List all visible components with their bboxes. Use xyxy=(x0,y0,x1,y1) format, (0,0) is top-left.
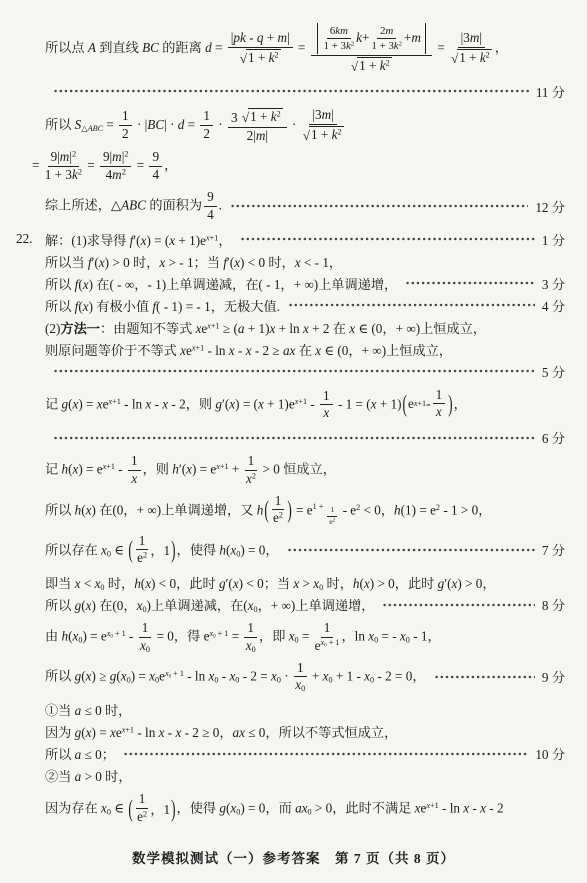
solution-line: (2)方法一：由题知不等式 xex+1 ≥ (a + 1)x + ln x + … xyxy=(45,318,565,337)
answer-page: { "page": { "footer": "数学模拟测试（一）参考答案 第 7… xyxy=(0,0,587,883)
dotted-leader xyxy=(434,672,535,682)
line-content: 所以 g(x) 在(0，x0)上单调递减，在(x0，+ ∞)上单调递增， xyxy=(45,595,374,614)
solution-line: 所以 f(x) 有极小值 f( - 1) = - 1，无极大值. 4 分 xyxy=(45,296,565,315)
solution-line: ②当 a > 0 时， xyxy=(45,766,565,785)
line-content: 记 g(x) = xex+1 - ln x - x - 2，则 g′(x) = … xyxy=(45,388,467,422)
score-marker: 6 分 xyxy=(542,428,565,447)
solution-line: 所以 S△ABC = 12 · |BC| · d = 12 · 3 1 + k2… xyxy=(45,108,565,143)
page-footer: 数学模拟测试（一）参考答案 第 7 页（共 8 页） xyxy=(0,839,587,883)
line-content: ①当 a ≤ 0 时， xyxy=(45,700,131,719)
line-content: 所以当 f′(x) > 0 时，x > - 1；当 f′(x) < 0 时，x … xyxy=(45,252,342,271)
line-content: ②当 a > 0 时， xyxy=(45,766,132,785)
score-marker: 9 分 xyxy=(542,667,565,686)
line-content: 所以存在 x0 ∈ (1e2，1)，使得 h(x0) = 0， xyxy=(45,534,279,567)
solution-line: 所以 g(x) ≥ g(x0) = x0ex0 + 1 - ln x0 - x0… xyxy=(45,661,565,694)
dotted-leader xyxy=(405,278,535,288)
dotted-leader xyxy=(53,433,535,443)
solution-line: 所以点 A 到直线 BC 的距离 d = |pk - q + m|1 + k2 … xyxy=(45,23,565,75)
line-content: 因为 g(x) = xex+1 - ln x - x - 2 ≥ 0，ax ≤ … xyxy=(45,722,397,741)
score-marker: 3 分 xyxy=(542,274,565,293)
line-content: 解：(1)求导得 f′(x) = (x + 1)ex+1， xyxy=(45,230,232,249)
score-marker: 8 分 xyxy=(542,595,565,614)
dotted-leader xyxy=(287,545,535,555)
line-content: 所以 f(x) 在( - ∞，- 1)上单调递减，在( - 1，+ ∞)上单调递… xyxy=(45,274,397,293)
solution-line: 综上所述，△ABC 的面积为94. 12 分 xyxy=(45,190,565,223)
line-content: 所以 h(x) 在(0，+ ∞)上单调递增，又 h(1e2) = e1 + 1e… xyxy=(45,494,491,527)
dotted-leader xyxy=(288,300,535,310)
line-content: 所以 f(x) 有极小值 f( - 1) = - 1，无极大值. xyxy=(45,296,280,315)
line-content: 所以 a ≤ 0； xyxy=(45,744,115,763)
solution-line: 所以 h(x) 在(0，+ ∞)上单调递增，又 h(1e2) = e1 + 1e… xyxy=(45,494,565,527)
document-body: 所以点 A 到直线 BC 的距离 d = |pk - q + m|1 + k2 … xyxy=(0,0,587,839)
solution-line: 记 g(x) = xex+1 - ln x - x - 2，则 g′(x) = … xyxy=(45,388,565,422)
solution-line: 所以 f(x) 在( - ∞，- 1)上单调递减，在( - 1，+ ∞)上单调递… xyxy=(45,274,565,293)
score-marker: 7 分 xyxy=(542,540,565,559)
score-marker: 4 分 xyxy=(542,296,565,315)
solution-line: 因为存在 x0 ∈ (1e2，1)，使得 g(x0) = 0，而 ax0 > 0… xyxy=(45,792,565,825)
dotted-leader xyxy=(53,366,535,376)
line-content: 记 h(x) = ex+1 - 1x，则 h′(x) = ex+1 + 1x2 … xyxy=(45,454,336,487)
dotted-leader xyxy=(53,86,529,96)
line-content: 综上所述，△ABC 的面积为94. xyxy=(45,190,222,223)
dotted-leader xyxy=(230,201,528,211)
line-content: 由 h(x0) = ex0 + 1 - 1x0 = 0，得 ex0 + 1 = … xyxy=(45,621,441,654)
solution-line: 所以当 f′(x) > 0 时，x > - 1；当 f′(x) < 0 时，x … xyxy=(45,252,565,271)
line-content: 所以 g(x) ≥ g(x0) = x0ex0 + 1 - ln x0 - x0… xyxy=(45,661,426,694)
score-marker: 1 分 xyxy=(542,230,565,249)
solution-line: 所以 a ≤ 0； 10 分 xyxy=(45,744,565,763)
score-marker: 12 分 xyxy=(535,197,565,216)
solution-line: 记 h(x) = ex+1 - 1x，则 h′(x) = ex+1 + 1x2 … xyxy=(45,454,565,487)
line-content: 即当 x < x0 时，h(x) < 0，此时 g′(x) < 0；当 x > … xyxy=(45,573,496,592)
solution-line: = 9|m|21 + 3k2 = 9|m|24m2 = 94， xyxy=(32,150,565,183)
dotted-leader xyxy=(123,749,528,759)
solution-line: 则原问题等价于不等式 xex+1 - ln x - x - 2 ≥ ax 在 x… xyxy=(45,340,565,359)
solution-line: 22. 解：(1)求导得 f′(x) = (x + 1)ex+1， 1 分 xyxy=(45,230,565,249)
solution-line: 5 分 xyxy=(45,362,565,381)
score-marker: 5 分 xyxy=(542,362,565,381)
line-content: = 9|m|21 + 3k2 = 9|m|24m2 = 94， xyxy=(32,150,177,183)
solution-line: 即当 x < x0 时，h(x) < 0，此时 g′(x) < 0；当 x > … xyxy=(45,573,565,592)
score-marker: 11 分 xyxy=(536,82,565,101)
solution-line: 由 h(x0) = ex0 + 1 - 1x0 = 0，得 ex0 + 1 = … xyxy=(45,621,565,654)
solution-line: 6 分 xyxy=(45,428,565,447)
dotted-leader xyxy=(382,600,534,610)
solution-line: 11 分 xyxy=(45,82,565,101)
solution-line: 因为 g(x) = xex+1 - ln x - x - 2 ≥ 0，ax ≤ … xyxy=(45,722,565,741)
line-content: 所以 S△ABC = 12 · |BC| · d = 12 · 3 1 + k2… xyxy=(45,108,347,143)
solution-line: ①当 a ≤ 0 时， xyxy=(45,700,565,719)
line-content: 所以点 A 到直线 BC 的距离 d = |pk - q + m|1 + k2 … xyxy=(45,23,508,75)
score-marker: 10 分 xyxy=(535,744,565,763)
question-number: 22. xyxy=(16,231,32,247)
line-content: 因为存在 x0 ∈ (1e2，1)，使得 g(x0) = 0，而 ax0 > 0… xyxy=(45,792,504,825)
solution-line: 所以存在 x0 ∈ (1e2，1)，使得 h(x0) = 0， 7 分 xyxy=(45,534,565,567)
line-content: (2)方法一：由题知不等式 xex+1 ≥ (a + 1)x + ln x + … xyxy=(45,318,486,337)
dotted-leader xyxy=(240,234,535,244)
line-content: 则原问题等价于不等式 xex+1 - ln x - x - 2 ≥ ax 在 x… xyxy=(45,340,452,359)
solution-line: 所以 g(x) 在(0，x0)上单调递减，在(x0，+ ∞)上单调递增， 8 分 xyxy=(45,595,565,614)
